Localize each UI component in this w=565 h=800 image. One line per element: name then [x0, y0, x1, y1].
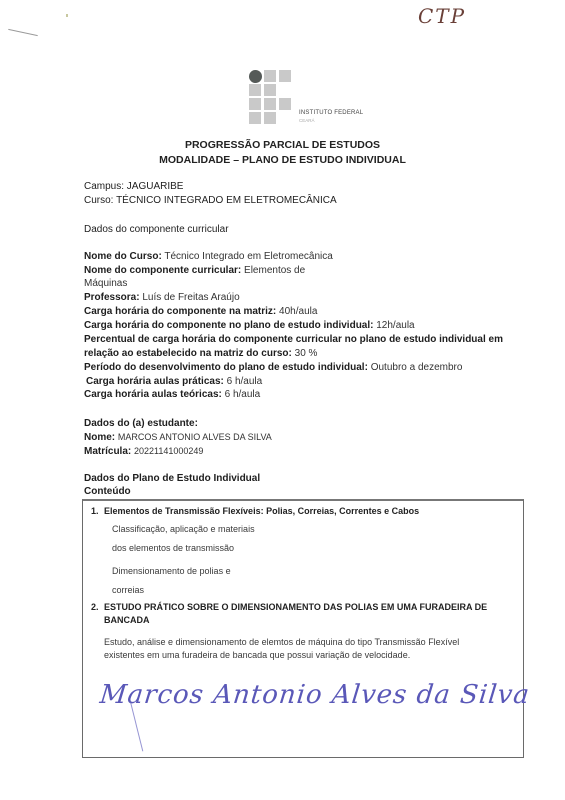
curso-line: Curso: TÉCNICO INTEGRADO EM ELETROMECÂNI… — [84, 195, 337, 206]
curso-value: TÉCNICO INTEGRADO EM ELETROMECÂNICA — [116, 195, 337, 206]
field-carga-praticas: Carga horária aulas práticas: 6 h/aula — [86, 376, 262, 387]
institution-logo: INSTITUTO FEDERAL CEARÁ — [245, 69, 365, 124]
logo-square — [249, 112, 261, 124]
matricula-label: Matrícula: — [84, 446, 131, 457]
item-1-subitem: Dimensionamento de polias e — [112, 566, 231, 576]
logo-square — [279, 98, 291, 110]
field-label: Nome do Curso: — [84, 251, 162, 262]
field-value: Técnico Integrado em Eletromecânica — [164, 251, 332, 262]
document-title-line2: MODALIDADE – PLANO DE ESTUDO INDIVIDUAL — [0, 154, 565, 166]
field-label: Carga horária aulas práticas: — [86, 376, 224, 387]
estudante-matricula: Matrícula: 20221141000249 — [84, 446, 203, 457]
conteudo-box — [82, 499, 524, 758]
field-professora: Professora: Luís de Freitas Araújo — [84, 292, 240, 303]
field-value: Luís de Freitas Araújo — [142, 292, 239, 303]
field-componente-cont: Máquinas — [84, 278, 127, 289]
logo-square — [264, 112, 276, 124]
field-carga-matriz: Carga horária do componente na matriz: 4… — [84, 306, 317, 317]
field-value: 6 h/aula — [225, 389, 261, 400]
logo-subname: CEARÁ — [299, 118, 315, 123]
field-label: Percentual de carga horária do component… — [84, 334, 503, 345]
estudante-section-title: Dados do (a) estudante: — [84, 418, 198, 429]
logo-square — [249, 84, 261, 96]
logo-name: INSTITUTO FEDERAL — [299, 110, 363, 116]
field-percentual: Percentual de carga horária do component… — [84, 334, 503, 345]
item-2-number: 2. — [91, 602, 99, 612]
scan-artifact-mark — [8, 29, 38, 36]
estudante-title-text: Dados do (a) estudante: — [84, 418, 198, 429]
item-2-title-line2: BANCADA — [104, 615, 150, 625]
item-1-title: Elementos de Transmissão Flexíveis: Poli… — [104, 506, 419, 516]
student-signature: Marcos Antonio Alves da Silva — [98, 680, 531, 710]
logo-square — [264, 98, 276, 110]
componente-section-title: Dados do componente curricular — [84, 224, 229, 235]
handwritten-annotation: CTP — [418, 4, 466, 28]
item-1-subitem: correias — [112, 585, 144, 595]
field-carga-teoricas: Carga horária aulas teóricas: 6 h/aula — [84, 389, 260, 400]
curso-label: Curso: — [84, 195, 113, 206]
campus-label: Campus: — [84, 181, 124, 192]
field-label: Nome do componente curricular: — [84, 265, 241, 276]
item-1-number: 1. — [91, 506, 99, 516]
field-label: Professora: — [84, 292, 140, 303]
field-value: 30 % — [295, 348, 318, 359]
plano-section-title: Dados do Plano de Estudo Individual — [84, 473, 260, 484]
logo-square — [279, 70, 291, 82]
campus-value: JAGUARIBE — [127, 181, 184, 192]
item-1-subitem: dos elementos de transmissão — [112, 543, 234, 553]
item-1-subitem: Classificação, aplicação e materiais — [112, 524, 255, 534]
field-periodo: Período do desenvolvimento do plano de e… — [84, 362, 462, 373]
nome-label: Nome: — [84, 432, 115, 443]
document-title-line1: PROGRESSÃO PARCIAL DE ESTUDOS — [0, 139, 565, 151]
item-2-title-line1: ESTUDO PRÁTICO SOBRE O DIMENSIONAMENTO D… — [104, 602, 487, 612]
field-label: Carga horária do componente no plano de … — [84, 320, 373, 331]
logo-square — [249, 98, 261, 110]
field-carga-plano: Carga horária do componente no plano de … — [84, 320, 415, 331]
field-label-cont: relação ao estabelecido na matriz do cur… — [84, 348, 292, 359]
conteudo-label-text: Conteúdo — [84, 486, 131, 497]
field-value: 12h/aula — [376, 320, 414, 331]
field-percentual-cont: relação ao estabelecido na matriz do cur… — [84, 348, 317, 359]
field-value-cont: Máquinas — [84, 278, 127, 289]
plano-title-text: Dados do Plano de Estudo Individual — [84, 473, 260, 484]
logo-square — [264, 84, 276, 96]
field-value: Outubro a dezembro — [371, 362, 463, 373]
estudante-nome: Nome: MARCOS ANTONIO ALVES DA SILVA — [84, 432, 272, 443]
logo-circle-icon — [249, 70, 262, 83]
field-label: Carga horária do componente na matriz: — [84, 306, 276, 317]
field-nome-curso: Nome do Curso: Técnico Integrado em Elet… — [84, 251, 333, 262]
field-componente: Nome do componente curricular: Elementos… — [84, 265, 305, 276]
conteudo-label: Conteúdo — [84, 486, 131, 497]
field-label: Período do desenvolvimento do plano de e… — [84, 362, 368, 373]
item-2-description-line1: Estudo, análise e dimensionamento de ele… — [104, 637, 459, 647]
logo-square — [264, 70, 276, 82]
scan-artifact-dot — [66, 14, 68, 17]
field-value: 40h/aula — [279, 306, 317, 317]
campus-line: Campus: JAGUARIBE — [84, 181, 183, 192]
matricula-value: 20221141000249 — [134, 446, 203, 456]
field-label: Carga horária aulas teóricas: — [84, 389, 222, 400]
field-value: Elementos de — [244, 265, 305, 276]
nome-value: MARCOS ANTONIO ALVES DA SILVA — [118, 432, 272, 442]
field-value: 6 h/aula — [227, 376, 263, 387]
item-2-description-line2: existentes em uma furadeira de bancada q… — [104, 650, 410, 660]
